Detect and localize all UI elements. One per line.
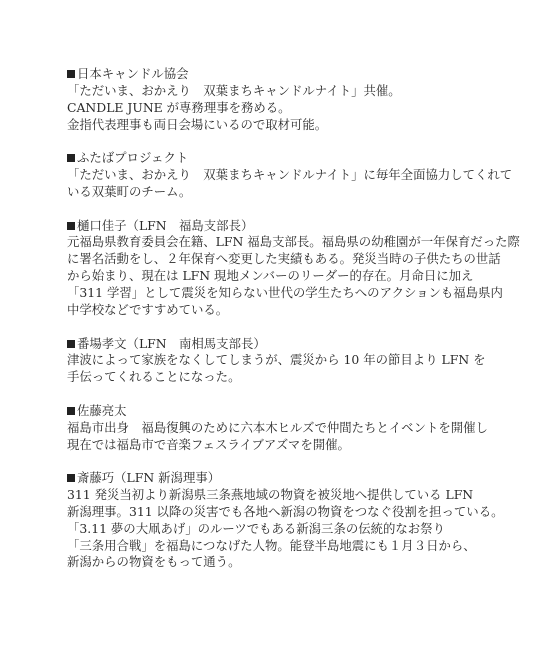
text-line: 311 発災当初より新潟県三条燕地域の物資を被災地へ提供している LFN (67, 487, 487, 504)
square-bullet-icon (67, 222, 75, 230)
text-line: から始まり、現在は LFN 現地メンバーのリーダー的存在。月命日に加え (67, 268, 487, 285)
text-line: 福島市出身 福島復興のために六本木ヒルズで仲間たちとイベントを開催し (67, 420, 487, 437)
text-line: 手伝ってくれることになった。 (67, 369, 487, 386)
section-heading: 日本キャンドル協会 (67, 66, 487, 83)
section-heading: 佐藤亮太 (67, 403, 487, 420)
text-line: 「ただいま、おかえり 双葉まちキャンドルナイト」に毎年全面協力してくれて (67, 167, 487, 184)
section-heading: 樋口佳子（LFN 福島支部長） (67, 218, 487, 235)
square-bullet-icon (67, 474, 75, 482)
square-bullet-icon (67, 70, 75, 78)
text-line: 現在では福島市で音楽フェスライブアズマを開催。 (67, 437, 487, 454)
section-banba-takafumi: 番場孝文（LFN 南相馬支部長） 津波によって家族をなくしてしまうが、震災から … (67, 336, 487, 387)
square-bullet-icon (67, 340, 75, 348)
text-line: CANDLE JUNE が専務理事を務める。 (67, 100, 487, 117)
text-line: 元福島県教育委員会在籍、LFN 福島支部長。福島県の幼稚園が一年保育だった際 (67, 234, 487, 251)
section-futaba-project: ふたばプロジェクト 「ただいま、おかえり 双葉まちキャンドルナイト」に毎年全面協… (67, 150, 487, 201)
text-line: 「311 学習」として震災を知らない世代の学生たちへのアクションも福島県内 (67, 285, 487, 302)
square-bullet-icon (67, 407, 75, 415)
text-line: 「3.11 夢の大凧あげ」のルーツでもある新潟三条の伝統的なお祭り (67, 521, 487, 538)
square-bullet-icon (67, 154, 75, 162)
section-heading: 番場孝文（LFN 南相馬支部長） (67, 336, 487, 353)
text-line: 新潟理事。311 以降の災害でも各地へ新潟の物資をつなぐ役割を担っている。 (67, 504, 487, 521)
text-line: 中学校などですすめている。 (67, 302, 487, 319)
section-heading: ふたばプロジェクト (67, 150, 487, 167)
section-higuchi-yoshiko: 樋口佳子（LFN 福島支部長） 元福島県教育委員会在籍、LFN 福島支部長。福島… (67, 218, 487, 319)
section-sato-ryota: 佐藤亮太 福島市出身 福島復興のために六本木ヒルズで仲間たちとイベントを開催し … (67, 403, 487, 454)
document-body: 日本キャンドル協会 「ただいま、おかえり 双葉まちキャンドルナイト」共催。 CA… (67, 66, 487, 588)
text-line: 「ただいま、おかえり 双葉まちキャンドルナイト」共催。 (67, 83, 487, 100)
section-heading: 斎藤巧（LFN 新潟理事） (67, 470, 487, 487)
text-line: 津波によって家族をなくしてしまうが、震災から 10 年の節目より LFN を (67, 352, 487, 369)
section-saito-takumi: 斎藤巧（LFN 新潟理事） 311 発災当初より新潟県三条燕地域の物資を被災地へ… (67, 470, 487, 571)
text-line: に署名活動をし、２年保育へ変更した実績もある。発災当時の子供たちの世話 (67, 251, 487, 268)
text-line: 新潟からの物資をもって通う。 (67, 554, 487, 571)
text-line: いる双葉町のチーム。 (67, 184, 487, 201)
text-line: 金指代表理事も両日会場にいるので取材可能。 (67, 117, 487, 134)
text-line: 「三条用合戦」を福島につなげた人物。能登半島地震にも１月３日から、 (67, 538, 487, 555)
section-japan-candle-association: 日本キャンドル協会 「ただいま、おかえり 双葉まちキャンドルナイト」共催。 CA… (67, 66, 487, 133)
